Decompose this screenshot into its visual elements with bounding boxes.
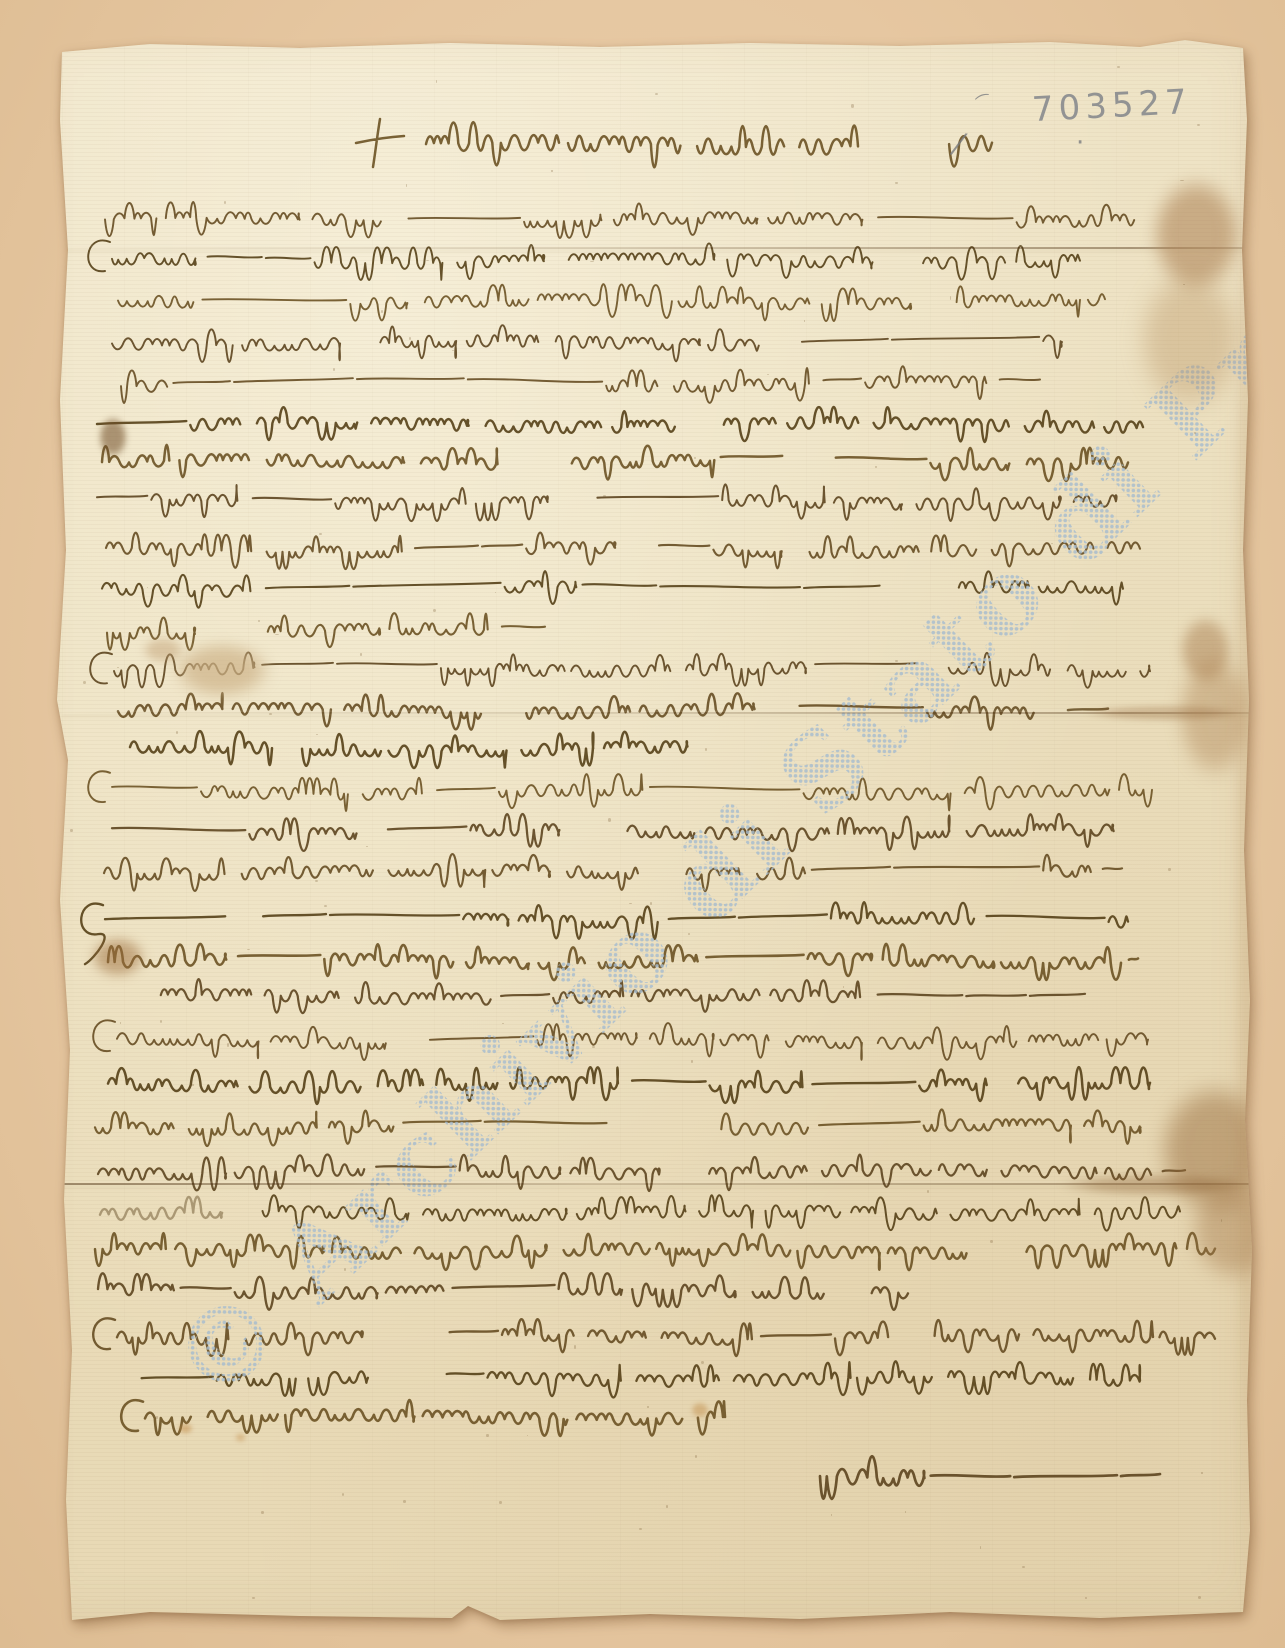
handwritten-line (118, 284, 1114, 321)
paper-speck (1051, 543, 1053, 544)
stain (172, 641, 272, 699)
paper-speck (479, 1265, 481, 1268)
paper-speck (551, 170, 552, 171)
paper-speck (315, 880, 318, 882)
paper-speck (590, 261, 593, 262)
paper-speck (688, 933, 690, 935)
paper-speck (252, 1597, 255, 1599)
signature-transcription: Nicholò vostro … (0, 0, 1, 1)
paper-speck (147, 587, 148, 589)
paper-speck (324, 905, 327, 907)
paper-speck (1221, 1219, 1222, 1222)
paper-speck (1168, 868, 1170, 871)
handwritten-line (130, 731, 700, 768)
paper-speck (800, 1130, 802, 1133)
paper-speck (1194, 432, 1196, 434)
stain (1149, 175, 1244, 295)
paper-speck (156, 1416, 158, 1419)
paper-speck (192, 1084, 194, 1085)
paper-speck (875, 466, 877, 468)
paper-speck (426, 260, 429, 261)
pencil-mark: ⁀ (975, 92, 994, 114)
paper-speck (224, 201, 226, 204)
paper-speck (381, 310, 383, 313)
paper-speck (486, 1434, 488, 1437)
handwritten-line (95, 1110, 1175, 1147)
paper-speck (950, 296, 952, 299)
date-shown: 1400 (0, 0, 1, 1)
paper-speck (117, 667, 120, 669)
paper-speck (333, 368, 335, 371)
paper-speck (227, 1043, 229, 1046)
paper-speck (502, 1023, 504, 1025)
handwritten-line (93, 1318, 1226, 1356)
handwritten-line (112, 814, 1127, 851)
paper-speck (500, 663, 502, 665)
handwritten-line (97, 484, 1123, 521)
paper-speck (269, 713, 272, 715)
paper-speck (608, 818, 611, 821)
handwritten-line (112, 325, 1080, 362)
paper-speck (905, 1511, 906, 1513)
stain (178, 1423, 193, 1434)
paper-speck (927, 1190, 929, 1193)
paper-speck (691, 1060, 693, 1063)
paper-speck (452, 350, 454, 351)
paper-speck (655, 93, 658, 95)
handwritten-line (88, 240, 1091, 279)
paper-speck (83, 681, 85, 684)
handwritten-line (88, 771, 1160, 811)
paper-speck (678, 1334, 680, 1335)
paper-speck (694, 457, 697, 459)
handwritten-line (820, 1456, 1164, 1499)
handwritten-line (121, 1400, 742, 1436)
pencil-mark: ⁄ (954, 128, 963, 163)
paper-speck (851, 104, 854, 107)
archival-number-annotation: 703527 (1031, 82, 1193, 130)
handwritten-line (356, 119, 1003, 167)
paper-speck (120, 1022, 121, 1024)
paper-speck (247, 949, 250, 950)
paper-speck (804, 320, 806, 321)
handwritten-line (106, 533, 1158, 570)
paper-speck (258, 620, 260, 622)
stain (1188, 1178, 1283, 1283)
handwritten-line (105, 202, 1151, 238)
handwritten-line (95, 1233, 1222, 1270)
stain (1175, 650, 1255, 780)
stain (90, 936, 146, 978)
header-transcription: + Al nome di Dio, a dì xxviij di gennaio… (0, 0, 1, 1)
paper-speck (70, 829, 72, 832)
manuscript-overlay: Handwritten merchant letter, Tuscan merc… (0, 0, 1285, 1648)
paper-speck (275, 634, 278, 635)
paper-speck (1201, 1472, 1202, 1474)
paper-speck (436, 80, 437, 82)
paper-speck (509, 1037, 512, 1039)
handwritten-line (93, 1020, 1163, 1060)
handwritten-line (263, 1195, 1193, 1230)
stain (1085, 705, 1245, 721)
paper-speck (403, 1500, 406, 1503)
paper-speck (406, 184, 408, 187)
manuscript-page: Handwritten merchant letter, Tuscan merc… (0, 0, 1285, 1648)
paper-speck (980, 1546, 982, 1549)
paper-speck (1180, 180, 1183, 181)
stain (1060, 1174, 1250, 1196)
paper-speck (160, 1020, 162, 1023)
paper-speck (1197, 124, 1200, 126)
paper-speck (990, 1240, 993, 1243)
paper-speck (1198, 1596, 1201, 1599)
paper-speck (831, 1514, 832, 1515)
paper-speck (629, 903, 632, 905)
paper-speck (603, 495, 605, 497)
paper-speck (360, 653, 361, 655)
handwritten-line (100, 1197, 234, 1220)
handwritten-line (161, 979, 1089, 1013)
stain (1178, 615, 1233, 685)
handwritten-line (108, 1067, 1157, 1104)
paper-speck (895, 660, 898, 662)
stain (142, 637, 184, 663)
fold-crease (62, 247, 1250, 249)
paper-shadow-wrap: Handwritten merchant letter, Tuscan merc… (0, 0, 1285, 1648)
handwritten-line (90, 652, 1164, 687)
paper-speck (409, 337, 411, 340)
handwritten-line (98, 1273, 926, 1310)
paper-speck (647, 1406, 649, 1407)
fold-crease (62, 1183, 1250, 1185)
paper-speck (495, 592, 496, 593)
paper-speck (895, 182, 897, 183)
handwritten-line (97, 407, 1158, 442)
handwritten-line (102, 571, 1134, 608)
paper-speck (701, 1361, 704, 1364)
handwritten-line (108, 944, 1142, 980)
paper-speck (433, 609, 436, 612)
stain (98, 416, 128, 458)
stain (235, 1433, 246, 1442)
fold-crease (62, 712, 1250, 714)
paper-speck (1117, 66, 1120, 68)
paper-speck (843, 986, 844, 988)
paper-speck (650, 902, 652, 904)
paper-speck (767, 374, 769, 375)
handwritten-line (104, 854, 1126, 891)
paper-speck (171, 1174, 174, 1177)
handwritten-line (81, 902, 1146, 964)
stain (1135, 265, 1245, 415)
handwritten-line (98, 1155, 1189, 1192)
paper-speck (344, 1268, 346, 1271)
paper-speck (574, 1345, 576, 1348)
pencil-mark: · (1076, 128, 1084, 158)
paper-speck (705, 748, 707, 751)
stain (1155, 1080, 1275, 1220)
paper-speck (342, 1493, 344, 1496)
paper-speck (366, 846, 367, 847)
paper-speck (592, 1046, 595, 1048)
paper-speck (499, 1501, 501, 1504)
archive-watermark: © Archivio di Stato di Prato (146, 163, 1285, 1426)
paper-speck (666, 1505, 669, 1507)
paper-speck (1085, 1597, 1087, 1600)
handwriting-ink-layer: Handwritten merchant letter, Tuscan merc… (81, 119, 1226, 1499)
stain (1237, 50, 1257, 1610)
handwritten-line (107, 613, 549, 650)
paper-speck (261, 1511, 263, 1514)
paper-speck (1022, 1566, 1025, 1568)
stain (691, 1402, 709, 1418)
handwritten-line (142, 1361, 1150, 1397)
scan-backdrop: Handwritten merchant letter, Tuscan merc… (0, 0, 1285, 1648)
paper-speck (632, 1044, 634, 1046)
paper-speck (316, 734, 318, 735)
paper-speck (639, 1528, 642, 1530)
paper-speck (319, 533, 322, 535)
handwritten-line (118, 693, 1112, 730)
paper-speck (176, 731, 178, 734)
handwritten-line (102, 445, 1134, 481)
paper-speck (695, 1455, 697, 1458)
handwritten-line (121, 366, 1044, 403)
paper-speck (1183, 284, 1184, 286)
paper-speck (527, 1435, 529, 1437)
paper-speck (899, 1296, 902, 1297)
